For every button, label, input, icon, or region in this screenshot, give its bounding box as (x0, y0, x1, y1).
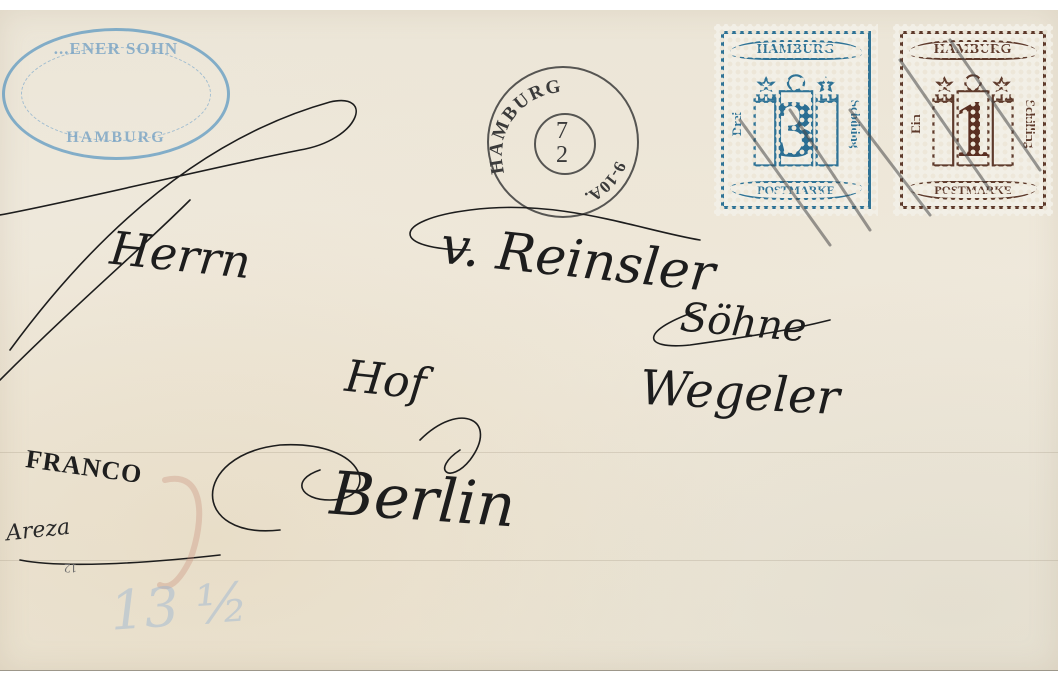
address-line-hof: Hof (343, 351, 429, 410)
oval-bottom-text: HAMBURG (5, 129, 227, 147)
stamp-value: 3 (750, 88, 842, 170)
blue-crayon-marking: 13 ½ (108, 570, 250, 642)
oval-company-handstamp: ...ENER SOHN HAMBURG (2, 28, 230, 160)
pencil-note: 12 (64, 560, 77, 576)
stamp-value: 1 (929, 88, 1017, 170)
stamp-3-schilling-blue: HAMBURG 3 Drei Schilling POSTMARKE (714, 24, 878, 216)
stamp-postmarke-label: POSTMARKE (909, 181, 1037, 200)
castle-icon: 3 (750, 70, 842, 176)
castle-icon: 1 (929, 70, 1017, 176)
stamp-postmarke-label: POSTMARKE (730, 181, 862, 200)
stamp-country: HAMBURG (909, 40, 1037, 60)
fold-line (0, 452, 1058, 453)
stamp-left-label: Ein (907, 74, 925, 174)
svg-text:9-10A.: 9-10A. (582, 159, 630, 208)
stamp-country: HAMBURG (730, 40, 862, 60)
stamp-right-label: Schilling (1021, 74, 1039, 174)
oval-top-text: ...ENER SOHN (5, 39, 227, 59)
postmark-month: 2 (547, 142, 577, 169)
address-city: Berlin (328, 459, 518, 542)
stamp-frame: HAMBURG 3 Drei Schilling POSTMARKE (721, 31, 871, 209)
oval-inner-ring (21, 47, 211, 141)
fold-line (0, 560, 1058, 561)
address-line-wegeler: Wegeler (639, 360, 841, 426)
hamburg-circular-postmark: HAMBURG 9-10A. 7 2 (487, 66, 639, 218)
stamp-frame: HAMBURG 1 Ein Schilling POSTMARKE (900, 31, 1046, 209)
stamp-right-label: Schilling (846, 74, 864, 174)
stamp-left-label: Drei (728, 74, 746, 174)
stamp-1-schilling-brown: HAMBURG 1 Ein Schilling POSTMARKE (893, 24, 1053, 216)
postmark-day: 7 (547, 118, 577, 145)
